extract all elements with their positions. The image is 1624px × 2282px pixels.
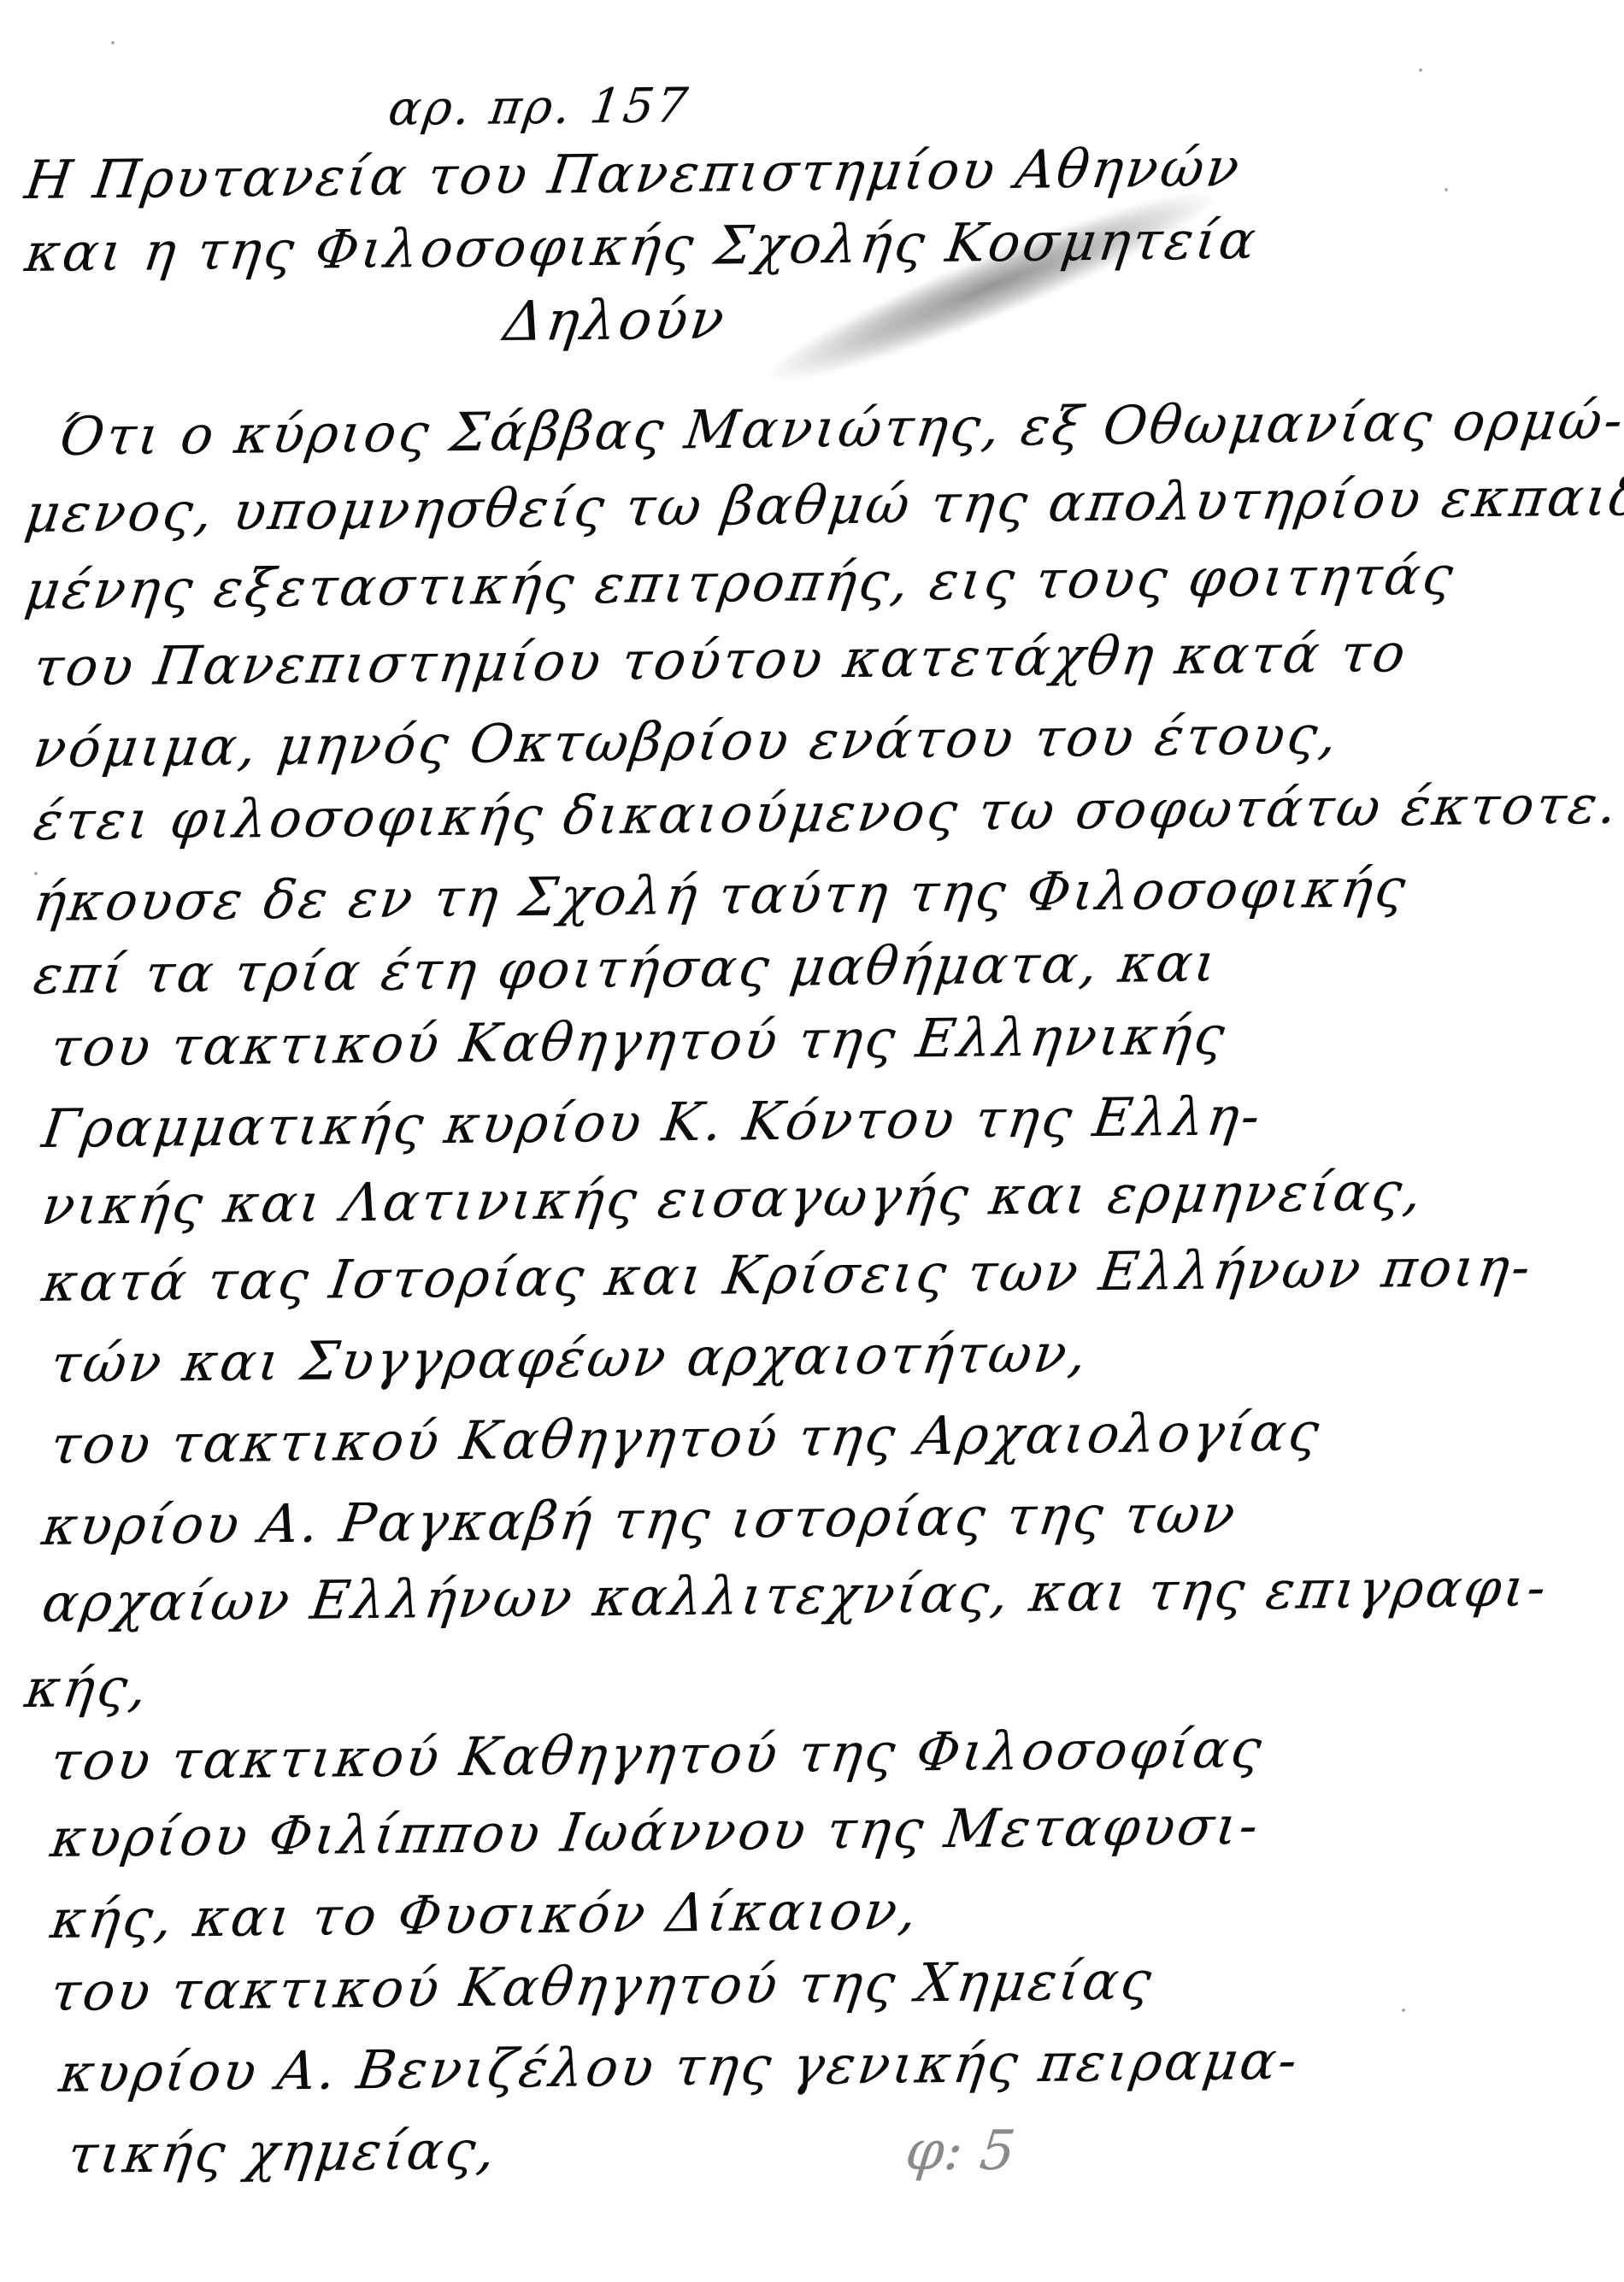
body-line: κυρίου Α. Βενιζέλου της γενικής πειραμα- — [56, 2034, 1303, 2100]
body-line: επί τα τρία έτη φοιτήσας μαθήματα, και — [31, 936, 1221, 1002]
body-line: τικής χημείας, — [65, 2124, 501, 2181]
body-line: αρχαίων Ελλήνων καλλιτεχνίας, και της επ… — [39, 1562, 1551, 1631]
body-line: νικής και Λατινικής εισαγωγής και ερμηνε… — [39, 1165, 1427, 1232]
heading-line-2: και η της Φιλοσοφικής Σχολής Κοσμητεία — [22, 214, 1261, 279]
scan-speck — [34, 872, 38, 875]
body-line: νόμιμα, μηνός Οκτωβρίου ενάτου του έτους… — [31, 709, 1343, 775]
scan-speck — [1402, 2009, 1405, 2012]
scan-speck — [1445, 188, 1448, 191]
scanned-manuscript-page: αρ. πρ. 157 Η Πρυτανεία του Πανεπιστημίο… — [0, 0, 1624, 2282]
heading-line-3: Δηλούν — [501, 292, 730, 350]
body-line: μενος, υπομνησθείς τω βαθμώ της απολυτηρ… — [22, 469, 1624, 540]
body-line: του τακτικού Καθηγητού της Χημείας — [48, 1954, 1156, 2019]
reference-number: αρ. πρ. 157 — [385, 82, 692, 133]
heading-line-1: Η Πρυτανεία του Πανεπιστημίου Αθηνών — [22, 141, 1244, 207]
pencil-annotation: φ: 5 — [903, 2120, 1018, 2183]
body-line: του τακτικού Καθηγητού της Ελληνικής — [48, 1009, 1230, 1074]
body-line: έτει φιλοσοφικής δικαιούμενος τω σοφωτάτ… — [31, 779, 1622, 849]
body-line: μένης εξεταστικής επιτροπής, εις τους φο… — [22, 549, 1458, 617]
body-line: Γραμματικής κυρίου Κ. Κόντου της Ελλη- — [39, 1090, 1265, 1156]
body-line: κής, — [22, 1661, 152, 1715]
scan-speck — [1419, 68, 1422, 72]
body-line: κής, και το Φυσικόν Δίκαιον, — [48, 1884, 922, 1946]
body-line: του τακτικού Καθηγητού της Αρχαιολογίας — [48, 1405, 1324, 1472]
body-line: του τακτικού Καθηγητού της Φιλοσοφίας — [48, 1722, 1267, 1788]
body-line: του Πανεπιστημίου τούτου κατετάχθη κατά … — [31, 626, 1410, 694]
ink-smudge — [758, 169, 1224, 404]
scan-speck — [111, 41, 115, 44]
body-line: τών και Συγγραφέων αρχαιοτήτων, — [48, 1326, 1091, 1391]
body-line: ήκουσε δε εν τη Σχολή ταύτη της Φιλοσοφι… — [31, 862, 1411, 929]
body-line: κυρίου Α. Ραγκαβή της ιστορίας της των — [39, 1487, 1241, 1553]
body-line: Ότι ο κύριος Σάββας Μανιώτης, εξ Οθωμανί… — [56, 394, 1624, 463]
body-line: κυρίου Φιλίππου Ιωάννου της Μεταφυσι- — [48, 1799, 1263, 1865]
body-line: κατά τας Ιστορίας και Κρίσεις των Ελλήνω… — [39, 1241, 1536, 1309]
